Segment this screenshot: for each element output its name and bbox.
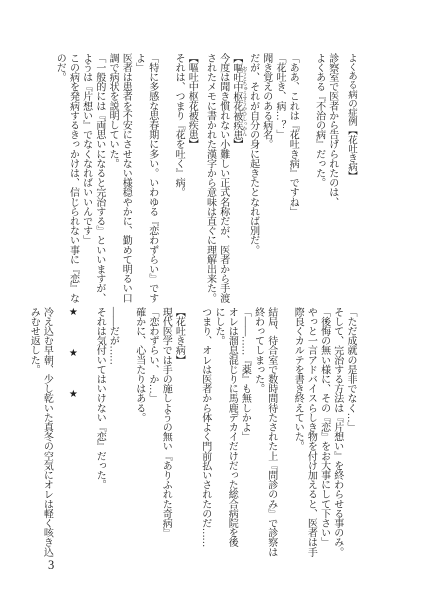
blank-line bbox=[80, 307, 93, 547]
text-line: 調で病状を説明していた。 bbox=[106, 53, 119, 293]
text-line: ――だが…… bbox=[106, 307, 119, 547]
page-title-line: よくある病の症例【花吐き病】 bbox=[344, 53, 357, 293]
scene-break-stars: ★ ★ ★ bbox=[67, 307, 80, 547]
text-line: 「後悔の無い様に、その『恋』をお大事にして下さい」 bbox=[317, 307, 330, 547]
text-line: よくある『不治の病』だった。 bbox=[312, 53, 325, 293]
text-line: 終わってしまった。 bbox=[251, 307, 264, 547]
blank-line bbox=[53, 307, 66, 547]
text-line: 「ああ、これは『花吐き病』ですね」 bbox=[286, 53, 299, 293]
bracket-open: 【 bbox=[231, 53, 242, 63]
text-line: にした。 bbox=[212, 307, 225, 547]
novel-page: よくある病の症例【花吐き病】診察室で医者から告げられたのは、よくある『不治の病』… bbox=[0, 0, 422, 600]
text-line: 際良くカルテを書き終えていた。 bbox=[291, 307, 304, 547]
blank-line bbox=[185, 307, 198, 547]
blank-line bbox=[159, 53, 172, 293]
text-line: そして、完治する方法は『片想い』を終わらせる事のみ。 bbox=[331, 307, 344, 547]
text-line: それは、つまり『花を吐く』病。 bbox=[172, 53, 185, 293]
text-line: つまり、オレは医者から体よく門前払いされたのだ…… bbox=[199, 307, 212, 547]
text-line: されたメモに書かれた漢字から意味は直ぐに理解出来た。 bbox=[203, 53, 216, 293]
text-line: 「特に多感な思春期に多い。いわゆる『恋わずらい』です bbox=[145, 53, 158, 293]
text-line: 「一般的には『両思いになると完治する』といいますが、 bbox=[93, 53, 106, 293]
text-line: 現代医学では手の施しようの無い『ありふれた奇病』 bbox=[159, 307, 172, 547]
text-line: 【嘔吐中枢花被疾患】 bbox=[185, 53, 198, 293]
text-line: 聞き覚えのある病名。 bbox=[260, 53, 273, 293]
text-line: のだ。 bbox=[53, 53, 66, 293]
formal-disease-name-line: 【嘔吐中枢花被疾患おうとちゅうすうかひしっかん】 bbox=[230, 53, 247, 293]
lower-text-band: 「ただ成就の是非でなく…」そして、完治する方法は『片想い』を終わらせる事のみ。「… bbox=[27, 307, 357, 553]
text-line: みむせ返した。 bbox=[27, 307, 40, 547]
text-line: 冷え込む早朝、少し乾いた真冬の空気にオレは軽く咳き込 bbox=[40, 307, 53, 547]
text-line: 「ただ成就の是非でなく…」 bbox=[344, 307, 357, 547]
text-line: 「花吐き、病…？」 bbox=[273, 53, 286, 293]
text-line: 今度は聞き慣れない小難しい正式名称だが、医者から手渡 bbox=[216, 53, 229, 293]
blank-line bbox=[119, 307, 132, 547]
page-number: 3 bbox=[48, 558, 54, 573]
text-line: 「――……『薬』も無しかよ」 bbox=[238, 307, 251, 547]
text-line: ようは『片想い』でなくなればいいんです」 bbox=[79, 53, 92, 293]
text-line: 【花吐き病】 bbox=[172, 307, 185, 547]
text-line: 結局、待合室で数時間待たされた上『問診のみ』で診察は bbox=[265, 307, 278, 547]
text-line: オレは溜息混じりに馬鹿デカイだけだった総合病院を後 bbox=[225, 307, 238, 547]
blank-line bbox=[299, 53, 312, 293]
text-line: よ」 bbox=[132, 53, 145, 293]
text-line: 確かに、心当たりはある。 bbox=[133, 307, 146, 547]
upper-text-band: よくある病の症例【花吐き病】診察室で医者から告げられたのは、よくある『不治の病』… bbox=[53, 53, 357, 299]
text-line: だが、それが自分の身に起きたとなれば別だ。 bbox=[246, 53, 259, 293]
text-line: やっと一言アドバイスらしき物を付け加えると、医者は手 bbox=[304, 307, 317, 547]
text-line: 「恋わずらい、か…」 bbox=[146, 307, 159, 547]
text-line: 診察室で医者から告げられたのは、 bbox=[326, 53, 339, 293]
text-line: それは気付いてはいけない『恋』だった。 bbox=[93, 307, 106, 547]
furigana-reading: おうとちゅうすうかひしっかん bbox=[241, 63, 246, 140]
blank-line bbox=[278, 307, 291, 547]
bracket-close: 】 bbox=[231, 139, 242, 149]
text-line: 医者は患者を不安にさせない様穏やかに、勤めて明るい口 bbox=[119, 53, 132, 293]
text-line: この病を発病するきっかけは、信じられない事に『恋』な bbox=[66, 53, 79, 293]
